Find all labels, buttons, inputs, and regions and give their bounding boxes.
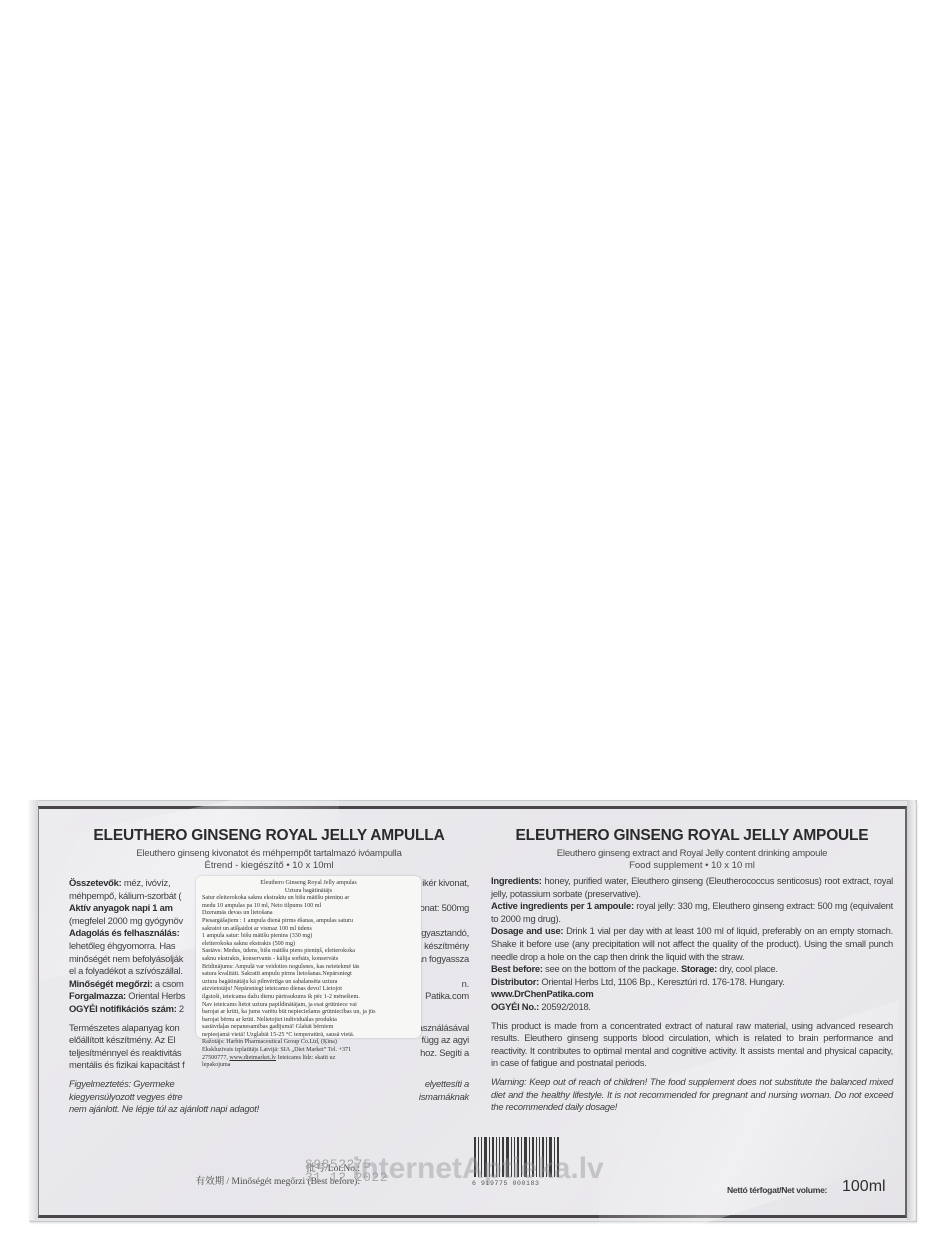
line-label: Minőségét megőrzi: — [69, 978, 153, 989]
active-ingredients-label: Active ingredients per 1 ampoule: — [491, 900, 634, 911]
line-label: Adagolás és felhasználás: — [69, 927, 179, 938]
english-label-column: ELEUTHERO GINSENG ROYAL JELLY AMPOULE El… — [491, 827, 893, 1114]
sticker-line: satura kvalitāti. Sakratīt ampulu pirms … — [202, 971, 415, 979]
line-tail: elyettesíti a — [425, 1078, 469, 1091]
sticker-line: sastāvdaļas nepanesamības gadījumā! Glab… — [202, 1024, 415, 1032]
sticker-line: Sastāvs: Medus, ūdens, bišu mātīšu piens… — [202, 948, 415, 956]
latvian-sticker: Eleuthero Ginseng Royal Jelly ampulas Uz… — [196, 876, 421, 1038]
dosage-text: Dosage and use: Drink 1 vial per day wit… — [491, 925, 893, 963]
sticker-line: barojat bērnu ar krūti. Nelietojiet indi… — [202, 1017, 415, 1025]
distributor-label: Distributor: — [491, 976, 539, 987]
hungarian-subtitle: Eleuthero ginseng kivonatot és méhpempőt… — [69, 848, 469, 859]
line-text: nem ajánlott. Ne lépje túl az ajánlott n… — [69, 1103, 259, 1114]
dosage-label: Dosage and use: — [491, 925, 563, 936]
english-warning: Warning: Keep out of reach of children! … — [491, 1076, 893, 1114]
ogyei-label: OGYÉI No.: — [491, 1001, 539, 1012]
storage-label: Storage: — [681, 963, 717, 974]
english-subtitle: Eleuthero ginseng extract and Royal Jell… — [491, 848, 893, 859]
sticker-line: 1 ampula satur: bišu mātīšu pienins (330… — [202, 933, 415, 941]
line-start: Összetevők: méz, ivóvíz, — [69, 877, 170, 890]
line-text: mentális és fizikai kapacitást f — [69, 1059, 185, 1070]
label-line: nem ajánlott. Ne lépje túl az ajánlott n… — [69, 1103, 469, 1116]
line-text: Természetes alapanyag kon — [69, 1022, 179, 1033]
distributor-text: Distributor: Oriental Herbs Ltd, 1106 Bp… — [491, 976, 893, 989]
line-text: a csom — [153, 978, 184, 989]
line-start: Aktív anyagok napi 1 am — [69, 902, 173, 915]
line-text: kiegyensúlyozott vegyes étre — [69, 1091, 182, 1102]
sticker-line: Brīdinājums: Ampulā var veidoties noguls… — [202, 964, 415, 972]
hungarian-warning: Figyelmeztetés: Gyermekeelyettesíti akie… — [69, 1078, 469, 1116]
line-start: Minőségét megőrzi: a csom — [69, 978, 184, 991]
website-text: www.DrChenPatika.com — [491, 988, 893, 1001]
line-tail: asználásával — [418, 1022, 469, 1035]
line-text: el a folyadékot a szívószállal. — [69, 965, 183, 976]
line-start: lehetőleg éhgyomorra. Has — [69, 940, 175, 953]
line-label: Aktív anyagok napi 1 am — [69, 902, 173, 913]
sticker-website-link[interactable]: www.dietmarket.lv — [229, 1055, 276, 1061]
hungarian-title: ELEUTHERO GINSENG ROYAL JELLY AMPULLA — [69, 827, 469, 845]
sticker-line: Piesargāšajiem : 1 ampula dienā pirms ēš… — [202, 918, 415, 926]
best-before-value: see on the bottom of the package. — [543, 963, 681, 974]
sticker-title: Eleuthero Ginseng Royal Jelly ampulas — [202, 880, 415, 888]
label-line: kiegyensúlyozott vegyes étreismamáknak — [69, 1091, 469, 1104]
ingredients-label: Ingredients: — [491, 875, 542, 886]
line-start: mentális és fizikai kapacitást f — [69, 1059, 185, 1072]
box-left-edge — [30, 800, 38, 1220]
distributor-value: Oriental Herbs Ltd, 1106 Bp., Keresztúri… — [539, 976, 785, 987]
sticker-line: Satur eleiterokoka saknu ekstraktu un bi… — [202, 895, 415, 903]
line-text: méhpempő, kálium-szorbát ( — [69, 890, 181, 901]
line-text: méz, ivóvíz, — [121, 877, 170, 888]
best-before-label: Best before: — [491, 963, 543, 974]
ogyei-value: 20592/2018. — [539, 1001, 591, 1012]
website: www.DrChenPatika.com — [491, 988, 594, 999]
sticker-line: medu 10 ampulas pa 10 ml, Neto tilpums 1… — [202, 903, 415, 911]
line-text: előállított készítmény. Az El — [69, 1034, 175, 1045]
net-volume-label: Nettó térfogat/Net volume: — [727, 1185, 827, 1195]
line-start: kiegyensúlyozott vegyes étre — [69, 1091, 182, 1104]
english-description: This product is made from a concentrated… — [491, 1020, 893, 1070]
line-tail: fogyasztandó, — [414, 927, 469, 940]
sticker-line: eleiterokoka saknu ekstrakts (500 mg) — [202, 941, 415, 949]
net-volume-value: 100ml — [842, 1178, 886, 1196]
line-tail: függ az agyi — [421, 1034, 469, 1047]
line-text: Figyelmeztetés: Gyermeke — [69, 1078, 175, 1089]
sticker-line: saknu ekstrakts, konservants - kālija so… — [202, 956, 415, 964]
sticker-line: lepakojuma — [202, 1062, 415, 1070]
sticker-body: Satur eleiterokoka saknu ekstraktu un bi… — [202, 895, 415, 1070]
sticker-line: Dzeramās devas un lietošana — [202, 910, 415, 918]
sticker-line: 27500777, www.dietmarket.lv Ieteicams lī… — [202, 1055, 415, 1063]
line-tail: hoz. Segíti a — [420, 1047, 469, 1060]
line-text: (megfelel 2000 mg gyógynöv — [69, 915, 183, 926]
line-text: 2 — [177, 1003, 184, 1014]
line-start: (megfelel 2000 mg gyógynöv — [69, 915, 183, 928]
sticker-line: Ražotājs: Harbin Pharmaceutical Group Co… — [202, 1039, 415, 1047]
label-line: Figyelmeztetés: Gyermekeelyettesíti a — [69, 1078, 469, 1091]
sticker-line: Nav ieteicams lietot uztura papildinātāj… — [202, 1002, 415, 1010]
line-label: Összetevők: — [69, 877, 121, 888]
line-text: teljesítménnyel és reaktivitás — [69, 1047, 181, 1058]
hungarian-subtitle-2: Étrend - kiegészítő • 10 x 10ml — [69, 860, 469, 871]
sticker-line: ilgstoši, ieteicama dažu dienu pārtrauku… — [202, 994, 415, 1002]
line-text: Oriental Herbs — [126, 990, 185, 1001]
storage-value: dry, cool place. — [717, 963, 778, 974]
english-title: ELEUTHERO GINSENG ROYAL JELLY AMPOULE — [491, 827, 893, 845]
sticker-line: uztura bagātinātāju kā pilnvērtīga un sa… — [202, 979, 415, 987]
line-label: Forgalmazza: — [69, 990, 126, 1001]
sticker-line: barojat ar krūti, ka jums varētu būt nep… — [202, 1009, 415, 1017]
line-start: el a folyadékot a szívószállal. — [69, 965, 183, 978]
english-subtitle-2: Food supplement • 10 x 10 ml — [491, 860, 893, 871]
active-ingredients-text: Active ingredients per 1 ampoule: royal … — [491, 900, 893, 925]
watermark: internetAptieka.lv — [352, 1152, 604, 1186]
line-tail: án fogyassza — [417, 953, 469, 966]
best-before-storage-text: Best before: see on the bottom of the pa… — [491, 963, 893, 976]
line-start: előállított készítmény. Az El — [69, 1034, 175, 1047]
line-tail: Patika.com — [425, 990, 469, 1003]
line-start: nem ajánlott. Ne lépje túl az ajánlott n… — [69, 1103, 259, 1116]
ogyei-text: OGYÉI No.: 20592/2018. — [491, 1001, 893, 1014]
line-text: lehetőleg éhgyomorra. Has — [69, 940, 175, 951]
line-start: Figyelmeztetés: Gyermeke — [69, 1078, 175, 1091]
sticker-line: Ekskluzīvais izplatītājs Latvijā: SIA „D… — [202, 1047, 415, 1055]
ingredients-value: honey, purified water, Eleuthero ginseng… — [491, 875, 893, 899]
line-start: teljesítménnyel és reaktivitás — [69, 1047, 181, 1060]
line-start: minőségét nem befolyásolják — [69, 953, 183, 966]
line-start: Forgalmazza: Oriental Herbs — [69, 990, 185, 1003]
line-tail: n. — [462, 978, 469, 991]
line-tail: ikér kivonat, — [422, 877, 469, 890]
line-start: méhpempő, kálium-szorbát ( — [69, 890, 181, 903]
line-start: OGYÉI notifikációs szám: 2 — [69, 1003, 184, 1016]
sticker-link-tail: Ieteicams līdz: skatīt uz — [276, 1055, 335, 1061]
ingredients-text: Ingredients: honey, purified water, Eleu… — [491, 875, 893, 900]
box-right-edge — [907, 800, 915, 1220]
line-start: Természetes alapanyag kon — [69, 1022, 179, 1035]
line-start: Adagolás és felhasználás: — [69, 927, 179, 940]
line-tail: ismamáknak — [419, 1091, 469, 1104]
sticker-subtitle: Uztura bagātinātājs — [202, 888, 415, 896]
line-tail: készítmény — [424, 940, 469, 953]
line-tail: onat: 500mg — [420, 902, 469, 915]
sticker-line: aizvietotāju! Nepārsniegt ieteicamo dien… — [202, 986, 415, 994]
line-label: OGYÉI notifikációs szám: — [69, 1003, 177, 1014]
line-text: minőségét nem befolyásolják — [69, 953, 183, 964]
